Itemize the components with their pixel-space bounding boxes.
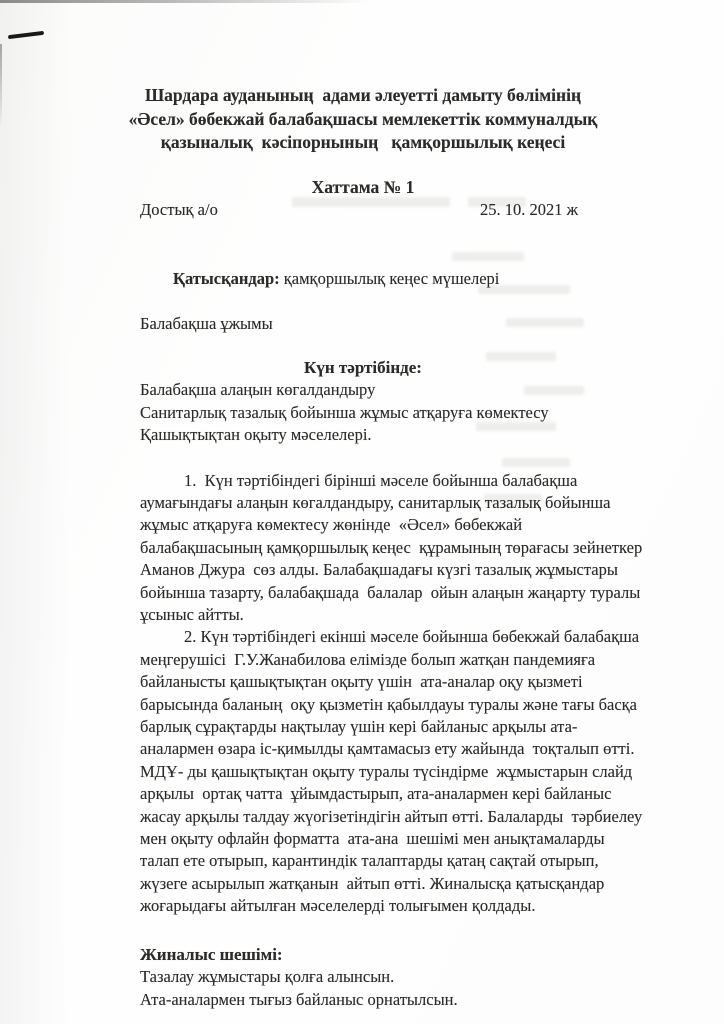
scanned-document-page: Шардара ауданының адами әлеуетті дамыту … (0, 0, 724, 1024)
paragraph-2: 2. Күн тәртібіндегі екінші мәселе бойынш… (140, 626, 610, 917)
paragraph-line: барлық сұрақтарды нақтылау үшін кері бай… (140, 716, 610, 738)
paragraph-1: 1. Күн тәртібіндегі бірінші мәселе бойын… (140, 470, 610, 627)
paragraph-line: балабақшасының қамқоршылық кеңес құрамын… (140, 537, 610, 559)
participants-line: Қатысқандар: қамқоршылық кеңес мүшелері (140, 245, 610, 312)
paragraph-line: аналармен өзара іс-қимылды қамтамасыз ет… (140, 738, 610, 760)
paragraph-line: 1. Күн тәртібіндегі бірінші мәселе бойын… (140, 470, 610, 492)
paragraph-line: 2. Күн тәртібіндегі екінші мәселе бойынш… (140, 626, 610, 648)
participants-value: қамқоршылық кеңес мүшелері (280, 269, 500, 288)
participants-label: Қатысқандар: (173, 269, 280, 288)
decision-section: Жиналыс шешімі: Тазалау жұмыстары қолға … (140, 944, 610, 1011)
agenda-item: Санитарлық тазалық бойынша жұмыс атқаруғ… (140, 402, 610, 424)
decision-item: Ата-аналармен тығыз байланыс орнатылсын. (140, 989, 610, 1011)
protocol-title: Хаттама № 1 (116, 176, 610, 198)
document-title-line: «Әсел» бөбекжай балабақшасы мемлекеттік … (116, 108, 610, 132)
paragraph-line: жасау арқылы талдау жүогізетіндігін айты… (140, 806, 610, 828)
document-content: Шардара ауданының адами әлеуетті дамыту … (140, 84, 610, 1011)
paragraph-line: мен оқыту офлайн форматта ата-ана шешімі… (140, 828, 610, 850)
paragraph-line: аумағындағы алаңын көгалдандыру, санитар… (140, 492, 610, 514)
paragraph-line: арқылы ортақ чатта ұйымдастырып, ата-ана… (140, 783, 610, 805)
paragraph-line: МДҰ- ды қашықтықтан оқыту туралы түсінді… (140, 761, 610, 783)
paragraph-line: жоғарыдағы айтылған мәселелерді толығыме… (140, 895, 610, 917)
document-title: Шардара ауданының адами әлеуетті дамыту … (116, 84, 610, 155)
agenda-heading: Күн тәртібінде: (116, 357, 610, 379)
paragraph-line: бойынша тазарту, балабақшада балалар ойы… (140, 582, 610, 604)
paragraph-line: байланысты қашықтықтан оқыту үшін ата-ан… (140, 671, 610, 693)
date-label: 25. 10. 2021 ж (480, 199, 578, 221)
paragraph-line: жүзеге асырылып жатқанын айтып өтті. Жин… (140, 873, 610, 895)
agenda-list: Балабақша алаңын көгалдандыруСанитарлық … (140, 379, 610, 446)
document-title-line: Шардара ауданының адами әлеуетті дамыту … (116, 84, 610, 108)
agenda-item: Қашықтықтан оқыту мәселелері. (140, 424, 610, 446)
paragraph-line: талап ете отырып, карантиндік талаптарды… (140, 850, 610, 872)
scan-left-shadow (0, 0, 70, 1024)
participants-section: Қатысқандар: қамқоршылық кеңес мүшелері … (140, 245, 610, 335)
decision-list: Тазалау жұмыстары қолға алынсын.Ата-анал… (140, 966, 610, 1011)
paragraph-line: барысында баланың оқу қызметін қабылдауы… (140, 694, 610, 716)
document-title-line: қазыналық кәсіпорнының қамқоршылық кеңес… (116, 131, 610, 155)
decision-item: Тазалау жұмыстары қолға алынсын. (140, 966, 610, 988)
paragraph-line: ұсыныс айтты. (140, 604, 610, 626)
place-date-row: Достық а/о 25. 10. 2021 ж (140, 199, 610, 221)
agenda-item: Балабақша алаңын көгалдандыру (140, 379, 610, 401)
place-label: Достық а/о (140, 199, 218, 221)
decision-heading: Жиналыс шешімі: (140, 944, 610, 966)
participants-line2: Балабақша ұжымы (140, 313, 610, 335)
paragraph-line: жұмыс атқаруға көмектесу жөнінде «Әсел» … (140, 514, 610, 536)
paragraph-line: Аманов Джура сөз алды. Балабақшадағы күз… (140, 559, 610, 581)
paragraph-line: меңгерушісі Г.У.Жанабилова елімізде болы… (140, 649, 610, 671)
